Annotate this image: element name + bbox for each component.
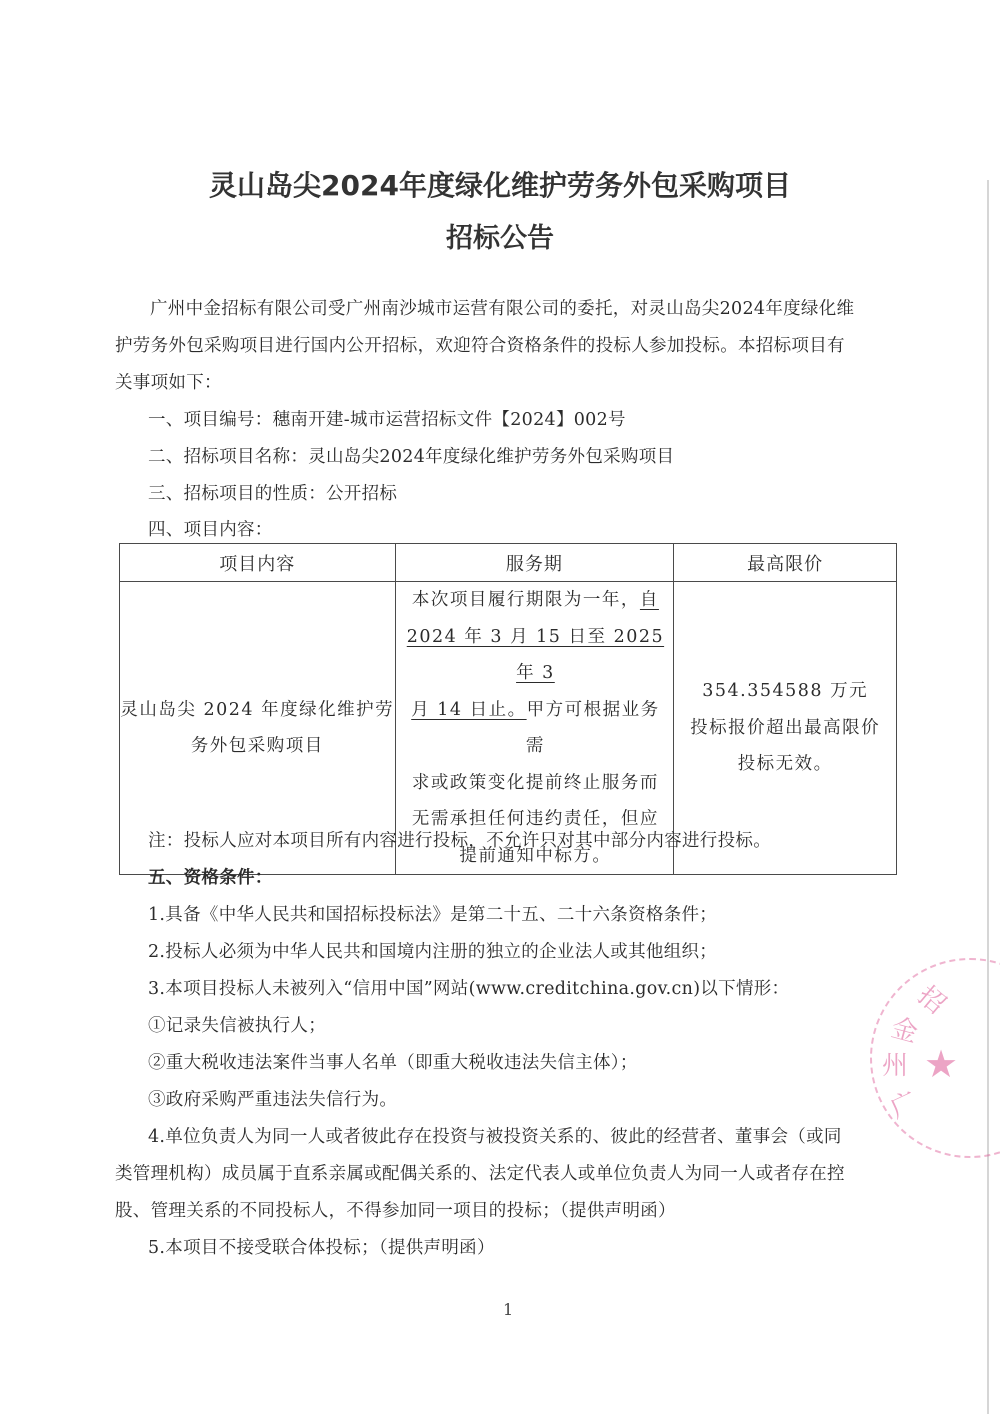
cell-content-line-2: 务外包采购项目 [120,728,395,765]
price-note-line-1: 投标报价超出最高限价 [674,710,896,747]
seal-char: 金 [888,1007,923,1049]
service-line-4: 求或政策变化提前终止服务而 [404,765,668,802]
qualification-3-sub-2: ②重大税收违法案件当事人名单（即重大税收违法失信主体）； [148,1051,638,1075]
table-header-max-price: 最高限价 [674,544,897,582]
qualification-4-line-1: 4.单位负责人为同一人或者彼此存在投资与被投资关系的、彼此的经营者、董事会（或同 [148,1125,842,1149]
item-project-number: 一、项目编号：穗南开建-城市运营招标文件【2024】002号 [148,408,626,432]
intro-line-1: 广州中金招标有限公司受广州南沙城市运营有限公司的委托，对灵山岛尖2024年度绿化… [150,297,854,321]
qualification-2: 2.投标人必须为中华人民共和国境内注册的独立的企业法人或其他组织； [148,940,717,964]
service-line-2-underlined: 2024 年 3 月 15 日至 2025 年 3 [407,627,664,684]
service-line-3-underlined: 月 14 日止。 [411,700,526,720]
table-note: 注：投标人应对本项目所有内容进行投标，不允许只对其中部分内容进行投标。 [148,829,771,853]
project-content-table: 项目内容 服务期 最高限价 灵山岛尖 2024 年度绿化维护劳 务外包采购项目 … [119,543,897,875]
service-line-1: 本次项目履行期限为一年， [412,590,640,610]
service-line-1-underlined: 自 [640,590,659,610]
table-header-service-period: 服务期 [395,544,674,582]
qualification-4-line-3: 股、管理关系的不同投标人，不得参加同一项目的投标；（提供声明函） [115,1199,676,1223]
qualification-3-sub-3: ③政府采购严重违法失信行为。 [148,1088,397,1112]
item-project-content: 四、项目内容： [148,518,273,542]
cell-content-line-1: 灵山岛尖 2024 年度绿化维护劳 [120,692,395,729]
scan-edge-line [987,180,989,1414]
qualification-5: 5.本项目不接受联合体投标；（提供声明函） [148,1236,495,1260]
company-seal-stamp: 招 金 州 广 ★ [870,958,1000,1158]
service-line-3: 甲方可根据业务需 [526,700,660,757]
item-project-name: 二、招标项目名称：灵山岛尖2024年度绿化维护劳务外包采购项目 [148,445,674,469]
price-amount: 354.354588 万元 [674,673,896,710]
document-subtitle: 招标公告 [0,216,1000,255]
table-header-content: 项目内容 [120,544,396,582]
qualification-1: 1.具备《中华人民共和国招标投标法》是第二十五、二十六条资格条件； [148,903,717,927]
qualification-3-sub-1: ①记录失信被执行人； [148,1014,326,1038]
qualification-4-line-2: 类管理机构）成员属于直系亲属或配偶关系的、法定代表人或单位负责人为同一人或者存在… [115,1162,845,1186]
seal-star-icon: ★ [924,1042,958,1086]
item-project-nature: 三、招标项目的性质：公开招标 [148,482,397,506]
page-number: 1 [503,1300,513,1319]
qualification-3: 3.本项目投标人未被列入“信用中国”网站(www.creditchina.gov… [148,977,789,1001]
intro-line-3: 关事项如下： [115,371,222,395]
seal-char: 州 [882,1045,908,1082]
intro-line-2: 护劳务外包采购项目进行国内公开招标，欢迎符合资格条件的投标人参加投标。本招标项目… [115,334,845,358]
qualifications-heading: 五、资格条件： [148,866,273,890]
table-header-row: 项目内容 服务期 最高限价 [120,544,897,582]
document-title: 灵山岛尖2024年度绿化维护劳务外包采购项目 [0,164,1000,204]
seal-char: 广 [883,1081,922,1126]
price-note-line-2: 投标无效。 [674,746,896,783]
